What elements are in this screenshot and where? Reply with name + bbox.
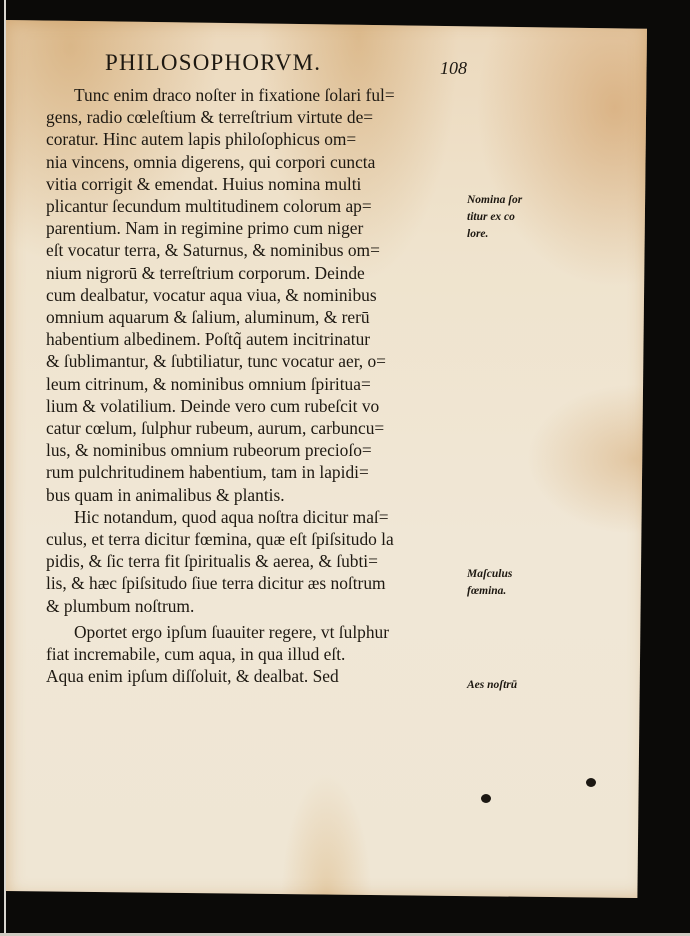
marginal-line: lore. [467,226,522,243]
text-line: eſt vocatur terra, & Saturnus, & nominib… [46,239,466,261]
page-number: 108 [440,58,467,79]
text-line: lus, & nominibus omnium rubeorum precioſ… [46,439,466,461]
paragraph-2: Hic notandum, quod aqua noſtra dicitur m… [46,506,466,617]
marginal-line: fœmina. [467,583,512,600]
text-line: Hic notandum, quod aqua noſtra dicitur m… [46,506,466,528]
marginal-line: Nomina ſor [467,192,522,209]
main-text: Tunc enim draco noſter in fixatione ſola… [46,84,466,687]
marginal-line: Maſculus [467,566,512,583]
text-line: catur cœlum, ſulphur rubeum, aurum, carb… [46,417,466,439]
paragraph-3: Oportet ergo ipſum ſuauiter regere, vt ſ… [46,621,466,688]
text-line: lis, & hæc ſpiſsitudo ſiue terra dicitur… [46,572,466,594]
marginal-note-nomina: Nomina ſor titur ex co lore. [467,192,522,243]
text-line: coratur. Hinc autem lapis philoſophicus … [46,128,466,150]
text-line: pidis, & ſic terra fit ſpiritualis & aer… [46,550,466,572]
scan-edge [4,0,6,936]
wormhole-mark [481,794,491,803]
text-line: rum pulchritudinem habentium, tam in lap… [46,461,466,483]
text-line: cum dealbatur, vocatur aqua viua, & nomi… [46,284,466,306]
text-line: gens, radio cœleſtium & terreſtrium virt… [46,106,466,128]
text-line: nium nigrorū & terreſtrium corporum. Dei… [46,262,466,284]
text-line: Oportet ergo ipſum ſuauiter regere, vt ſ… [46,621,466,643]
marginal-line: Aes noſtrū [467,677,517,694]
text-line: Aqua enim ipſum diſſoluit, & dealbat. Se… [46,665,466,687]
marginal-note-aes: Aes noſtrū [467,677,517,694]
text-line: Tunc enim draco noſter in fixatione ſola… [46,84,466,106]
text-line: omnium aquarum & ſalium, aluminum, & rer… [46,306,466,328]
text-line: leum citrinum, & nominibus omnium ſpirit… [46,373,466,395]
text-line: parentium. Nam in regimine primo cum nig… [46,217,466,239]
text-line: nia vincens, omnia digerens, qui corpori… [46,151,466,173]
text-line: culus, et terra dicitur fœmina, quæ eſt … [46,528,466,550]
text-line: habentium albedinem. Poſtq̃ autem incitr… [46,328,466,350]
text-line: bus quam in animalibus & plantis. [46,484,466,506]
text-line: plicantur ſecundum multitudinem colorum … [46,195,466,217]
text-line: & ſublimantur, & ſubtiliatur, tunc vocat… [46,350,466,372]
text-line: vitia corrigit & emendat. Huius nomina m… [46,173,466,195]
paragraph-1: Tunc enim draco noſter in fixatione ſola… [46,84,466,506]
text-line: lium & volatilium. Deinde vero cum rubeſ… [46,395,466,417]
marginal-line: titur ex co [467,209,522,226]
text-line: & plumbum noſtrum. [46,595,466,617]
marginal-note-masculus: Maſculus fœmina. [467,566,512,600]
wormhole-mark [586,778,596,787]
text-line: fiat incremabile, cum aqua, in qua illud… [46,643,466,665]
running-title: PHILOSOPHORVM. [105,50,321,76]
